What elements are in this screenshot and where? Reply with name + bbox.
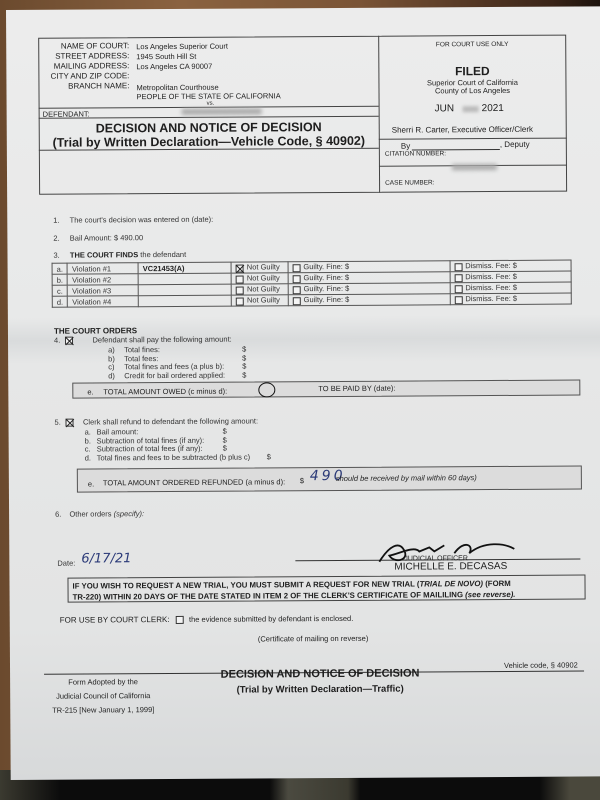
violation-row: d.Violation #4Not GuiltyGuilty. Fine: $D… <box>52 293 571 307</box>
item-5-checkbox[interactable] <box>66 419 74 427</box>
defendant-name-redacted <box>182 108 262 114</box>
violation-letter: b. <box>52 274 67 285</box>
dismiss-checkbox[interactable] <box>454 263 462 271</box>
item-number: 5. <box>54 418 60 427</box>
clerk-use-label: FOR USE BY COURT CLERK: <box>60 615 170 625</box>
row-label: Total fines and fees to be subtracted (b… <box>97 452 250 462</box>
dismiss-cell: Dismiss. Fee: $ <box>450 282 571 294</box>
judicial-officer-name: MICHELLE E. DECASAS <box>394 561 507 573</box>
item-5-text: Clerk shall refund to defendant the foll… <box>83 416 258 426</box>
clerk-use-row: FOR USE BY COURT CLERK: the evidence sub… <box>60 614 354 625</box>
date-label: Date: <box>57 559 75 568</box>
row-letter: d. <box>85 453 91 462</box>
violation-code <box>138 295 231 307</box>
court-use-heading: FOR COURT USE ONLY <box>378 41 566 49</box>
guilty-label: Guilty. Fine: $ <box>303 273 349 282</box>
guilty-checkbox[interactable] <box>293 297 301 305</box>
dismiss-label: Dismiss. Fee: $ <box>465 272 517 281</box>
total-refunded-letter: e. <box>88 479 94 488</box>
violation-code: VC21453(A) <box>138 262 231 274</box>
citation-number-label: CITATION NUMBER: <box>385 150 446 157</box>
date-handwritten: 6/17/21 <box>81 551 131 566</box>
not-guilty-cell: Not Guilty <box>231 262 288 273</box>
item-4-rows: a)Total fines:$b)Total fees:$c)Total fin… <box>6 6 600 10</box>
item-3: 3. THE COURT FINDS the defendant <box>53 250 186 260</box>
court-info: NAME OF COURT: Los Angeles Superior Cour… <box>6 6 600 10</box>
document-page: NAME OF COURT: Los Angeles Superior Cour… <box>6 6 600 780</box>
not-guilty-checkbox[interactable] <box>236 264 244 272</box>
guilty-label: Guilty. Fine: $ <box>304 295 350 304</box>
violations-table: a.Violation #1VC21453(A)Not GuiltyGuilty… <box>52 260 572 308</box>
stamp-month: JUN <box>435 103 455 114</box>
not-guilty-label: Not Guilty <box>247 296 280 305</box>
decision-date-label: The court's decision was entered on (dat… <box>70 215 214 225</box>
dismiss-label: Dismiss. Fee: $ <box>465 283 517 292</box>
row-label: Credit for bail ordered applied: <box>124 370 225 380</box>
mailing-address-value: Los Angeles CA 90007 <box>136 62 212 71</box>
total-owed-handwritten-zero <box>258 382 275 397</box>
not-guilty-cell: Not Guilty <box>231 273 288 284</box>
stamp-county: County of Los Angeles <box>378 86 566 96</box>
guilty-label: Guilty. Fine: $ <box>303 262 349 271</box>
by-label: By <box>401 142 410 151</box>
footer-title: DECISION AND NOTICE OF DECISION <box>210 667 430 680</box>
row-letter: d) <box>108 371 115 380</box>
item-5: 5. Clerk shall refund to defendant the f… <box>54 416 258 426</box>
mailing-address-label: MAILING ADDRESS: <box>34 61 129 71</box>
stamp-day-redacted <box>463 106 479 112</box>
guilty-label: Guilty. Fine: $ <box>304 284 350 293</box>
warning-line-2: TR-220) WITHIN 20 DAYS OF THE DATE STATE… <box>73 589 581 603</box>
violation-letter: c. <box>52 285 67 296</box>
not-guilty-checkbox[interactable] <box>236 286 244 294</box>
form-subtitle: (Trial by Written Declaration—Vehicle Co… <box>39 134 379 150</box>
violation-label: Violation #1 <box>67 263 138 274</box>
violation-code <box>138 273 231 285</box>
guilty-cell: Guilty. Fine: $ <box>288 294 450 306</box>
guilty-checkbox[interactable] <box>293 286 301 294</box>
total-refunded-box: e. TOTAL AMOUNT ORDERED REFUNDED (a minu… <box>77 465 582 492</box>
guilty-checkbox[interactable] <box>292 264 300 272</box>
footer-subtitle: (Trial by Written Declaration—Traffic) <box>210 683 430 695</box>
row-currency: $ <box>242 370 246 379</box>
certificate-note: (Certificate of mailing on reverse) <box>258 634 369 644</box>
item-4-text: Defendant shall pay the following amount… <box>92 335 231 345</box>
violation-code <box>138 284 231 296</box>
item-4: 4. Defendant shall pay the following amo… <box>54 335 232 345</box>
total-refunded-label: TOTAL AMOUNT ORDERED REFUNDED (a minus d… <box>103 477 285 487</box>
case-number-label: CASE NUMBER: <box>385 179 435 186</box>
footer-vehicle-code: Vehicle code, § 40902 <box>504 661 578 670</box>
city-zip-label: CITY AND ZIP CODE: <box>34 71 129 81</box>
court-name-label: NAME OF COURT: <box>34 41 129 51</box>
clerk-name: Sherri R. Carter, Executive Officer/Cler… <box>392 125 533 135</box>
violation-letter: d. <box>52 296 67 307</box>
other-orders-specify: (specify): <box>114 509 144 518</box>
not-guilty-cell: Not Guilty <box>231 295 288 306</box>
violation-label: Violation #3 <box>68 285 139 296</box>
refund-note: should be received by mail within 60 day… <box>336 473 477 483</box>
evidence-enclosed-text: the evidence submitted by defendant is e… <box>189 614 353 624</box>
dismiss-checkbox[interactable] <box>454 296 462 304</box>
versus-label: vs. <box>207 101 215 107</box>
dismiss-cell: Dismiss. Fee: $ <box>450 271 571 283</box>
not-guilty-checkbox[interactable] <box>236 275 244 283</box>
evidence-enclosed-checkbox[interactable] <box>176 616 184 624</box>
dismiss-label: Dismiss. Fee: $ <box>465 294 517 303</box>
deputy-label: , Deputy <box>500 140 530 149</box>
pay-by-label: TO BE PAID BY (date): <box>318 384 395 393</box>
defendant-label: DEFENDANT: <box>43 109 90 118</box>
item-2: 2. Bail Amount: $ 490.00 <box>53 233 143 243</box>
not-guilty-label: Not Guilty <box>247 274 280 283</box>
footer-adopted-2: Judicial Council of California <box>48 691 158 701</box>
row-currency: $ <box>267 452 271 461</box>
street-address-label: STREET ADDRESS: <box>34 51 129 61</box>
item-number: 3. <box>53 251 59 260</box>
court-finds-text: the defendant <box>140 250 186 259</box>
branch-name-value: Metropolitan Courthouse <box>136 83 218 93</box>
not-guilty-checkbox[interactable] <box>236 297 244 305</box>
violation-label: Violation #4 <box>68 296 139 307</box>
item-5-rows: a.Bail amount:$b.Subtraction of total fi… <box>6 6 600 10</box>
footer-form-id: TR-215 [New January 1, 1999] <box>48 705 158 715</box>
item-number: 6. <box>55 510 61 519</box>
guilty-checkbox[interactable] <box>292 275 300 283</box>
branch-name-label: BRANCH NAME: <box>34 81 129 91</box>
bail-amount: Bail Amount: $ 490.00 <box>70 233 143 242</box>
stamp-year: 2021 <box>482 103 504 114</box>
plaintiff-name: PEOPLE OF THE STATE OF CALIFORNIA <box>137 91 281 101</box>
court-name-value: Los Angeles Superior Court <box>136 42 228 52</box>
dismiss-label: Dismiss. Fee: $ <box>465 261 517 270</box>
total-owed-box: e. TOTAL AMOUNT OWED (c minus d): TO BE … <box>72 379 580 398</box>
not-guilty-label: Not Guilty <box>247 285 280 294</box>
footer-adopted-1: Form Adopted by the <box>48 677 158 687</box>
not-guilty-label: Not Guilty <box>247 263 280 272</box>
dismiss-cell: Dismiss. Fee: $ <box>450 260 571 272</box>
dismiss-checkbox[interactable] <box>454 285 462 293</box>
total-owed-label: TOTAL AMOUNT OWED (c minus d): <box>103 387 227 397</box>
item-number: 1. <box>53 216 59 225</box>
item-6: 6. Other orders (specify): <box>55 509 144 519</box>
total-owed-letter: e. <box>87 387 93 396</box>
item-number: 4. <box>54 336 60 345</box>
new-trial-warning: IF YOU WISH TO REQUEST A NEW TRIAL, YOU … <box>67 574 585 602</box>
item-4-checkbox[interactable] <box>65 337 73 345</box>
dismiss-cell: Dismiss. Fee: $ <box>450 293 571 305</box>
not-guilty-cell: Not Guilty <box>231 284 288 295</box>
filed-stamp: FILED <box>378 64 566 79</box>
item-1: 1. The court's decision was entered on (… <box>53 215 213 225</box>
street-address-value: 1945 South Hill St <box>136 52 196 61</box>
currency-symbol: $ <box>300 476 304 485</box>
violation-label: Violation #2 <box>68 274 139 285</box>
other-orders-label: Other orders <box>69 509 111 518</box>
court-finds-heading: THE COURT FINDS <box>70 250 138 259</box>
violation-letter: a. <box>52 263 67 274</box>
citation-number-redacted <box>452 164 497 170</box>
item-number: 2. <box>53 234 59 243</box>
dismiss-checkbox[interactable] <box>454 274 462 282</box>
